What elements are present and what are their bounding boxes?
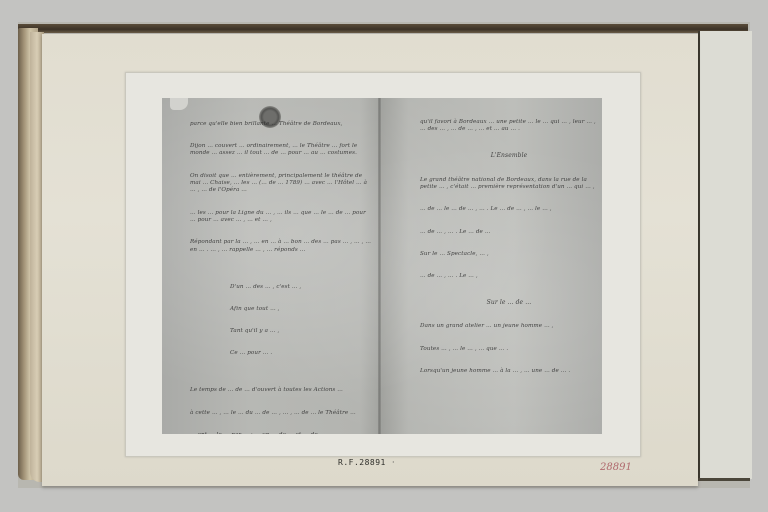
paragraph: … les … pour la Ligne du … , … ils … que… <box>190 210 372 225</box>
verse-line: Tant qu'il y a … , <box>230 328 372 335</box>
torn-corner <box>170 98 188 110</box>
sub-heading: Sur le … de … <box>420 299 598 306</box>
album-next-page-edge <box>698 478 750 481</box>
paragraph: Sur le … Spectacle, … , <box>420 251 598 258</box>
paragraph: … ont … le … par … ; … un … de … et … de… <box>190 432 372 434</box>
verse-line: Afin que tout … , <box>230 306 372 313</box>
paragraph: … de … , … . Le … , <box>420 273 598 280</box>
stamp-dot: · <box>392 458 395 467</box>
verse-line: Ce … pour … . <box>230 350 372 357</box>
left-manuscript-page: parce qu'elle bien brillante … Théâtre d… <box>190 106 372 434</box>
paragraph: Répondant par la … , … en … à … bon … de… <box>190 239 372 254</box>
inventory-stamp: R.F.28891 <box>338 458 386 467</box>
paragraph: Le grand théâtre national de Bordeaux, d… <box>420 177 598 192</box>
paragraph: à cette … , … le … du … de … , … , … de … <box>190 410 372 417</box>
paragraph: Lorsqu'un jeune homme … à la … , … une …… <box>420 368 598 375</box>
manuscript-photograph: parce qu'elle bien brillante … Théâtre d… <box>162 98 602 434</box>
album-next-page <box>698 31 752 479</box>
center-fold <box>378 98 381 434</box>
pencil-inventory-number: 28891 <box>600 462 632 473</box>
paragraph: Toutes … , … le … , … que … . <box>420 346 598 353</box>
paragraph: Dans un grand atelier … un jeune homme …… <box>420 323 598 330</box>
opening-line: parce qu'elle bien brillante … Théâtre d… <box>190 121 372 128</box>
section-heading: L'Ensemble <box>420 152 598 159</box>
verse-line: D'un … des … , c'est … , <box>230 284 372 291</box>
paragraph: Dijon … couvert … ordinairement, … le Th… <box>190 143 372 158</box>
paragraph: … de … le … de … , … . Le … de … , … le … <box>420 206 598 213</box>
paragraph: … de … , … . Le … de … <box>420 229 598 236</box>
verse-block: D'un … des … , c'est … , Afin que tout …… <box>190 269 372 373</box>
opening-lines: qu'il favori à Bordeaux … une petite … l… <box>420 119 598 134</box>
right-manuscript-page: qu'il favori à Bordeaux … une petite … l… <box>420 104 598 390</box>
paragraph: On disoit que … entièrement, principalem… <box>190 173 372 195</box>
paragraph: Le temps de … de … d'ouvert à toutes les… <box>190 387 372 394</box>
album-back-edge <box>18 24 748 33</box>
